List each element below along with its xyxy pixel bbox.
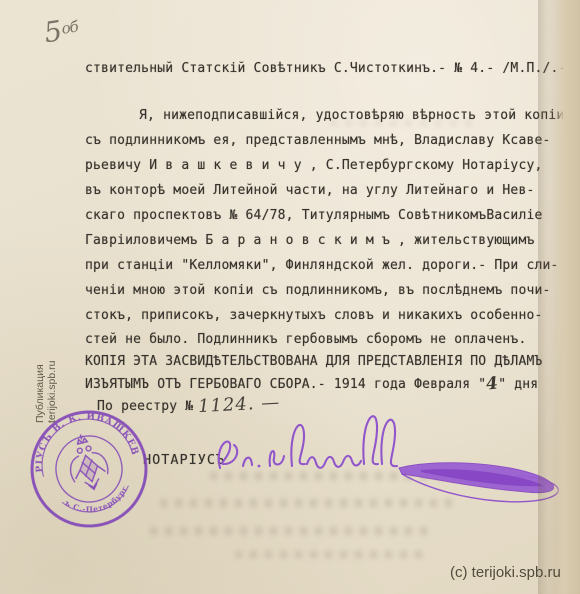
left-vertical-watermark: Публикация terijoki.spb.ru xyxy=(35,361,58,423)
watermark-line1: Публикация xyxy=(35,361,47,423)
typed-line: стокъ, приписокъ, зачеркнутыхъ словъ и н… xyxy=(85,308,543,323)
typed-line: въ конторѣ моей Литейной части, на углу … xyxy=(85,183,535,198)
bleedthrough-ghost xyxy=(150,527,430,535)
bleedthrough-ghost xyxy=(235,551,430,558)
signature-strokes-icon xyxy=(206,404,570,526)
notary-signature xyxy=(206,404,570,526)
typed-line: при станціи "Келломяки", Финляндской жел… xyxy=(85,258,559,273)
date-line-after: " дня xyxy=(498,377,538,392)
handwritten-day: 4 xyxy=(486,376,499,392)
stamp-seal-icon: НОТАРІУСЪ В. К. ИВАШКЕВИЧЪ Въ С.-Петербу… xyxy=(9,392,170,547)
typed-line-caps: КОПІЯ ЭТА ЗАСВИДѢТЕЛЬСТВОВАНА ДЛЯ ПРЕДСТ… xyxy=(85,354,543,369)
typed-line: ствительный Статскій Совѣтникъ С.Чистотк… xyxy=(85,61,567,76)
typed-line: скаго проспектовъ № 64/78, Титулярнымъ С… xyxy=(85,208,543,223)
typed-line: Гавріиловичемъ Б а р а н о в с к и м ъ ,… xyxy=(85,233,535,248)
page-number-suffix: об xyxy=(60,17,79,37)
typed-line: рьевичу И в а ш к е в и ч у , С.Петербур… xyxy=(85,158,543,173)
document-scan-page: 5об ствительный Статскій Совѣтникъ С.Чис… xyxy=(0,0,580,594)
watermark-line2: terijoki.spb.ru xyxy=(47,361,59,423)
typed-line: стей не было. Подлинникъ гербовымъ сборо… xyxy=(85,332,526,347)
typed-line: Я, нижеподписавшійся, удостовѣряю вѣрнос… xyxy=(139,108,564,123)
date-line-before: ИЗЪЯТЫМЪ ОТЪ ГЕРБОВАГО СБОРА.- 1914 года… xyxy=(85,377,486,392)
typed-line: съ подлинникомъ ея, представленнымъ мнѣ,… xyxy=(85,133,551,148)
notary-round-stamp: НОТАРІУСЪ В. К. ИВАШКЕВИЧЪ Въ С.-Петербу… xyxy=(9,392,170,547)
handwritten-page-number: 5об xyxy=(42,12,81,50)
copyright-watermark: (c) terijoki.spb.ru xyxy=(450,564,561,581)
typed-line: ченіи мною этой копіи съ подлинникомъ, в… xyxy=(85,283,551,298)
typed-date-line: ИЗЪЯТЫМЪ ОТЪ ГЕРБОВАГО СБОРА.- 1914 года… xyxy=(85,376,538,392)
